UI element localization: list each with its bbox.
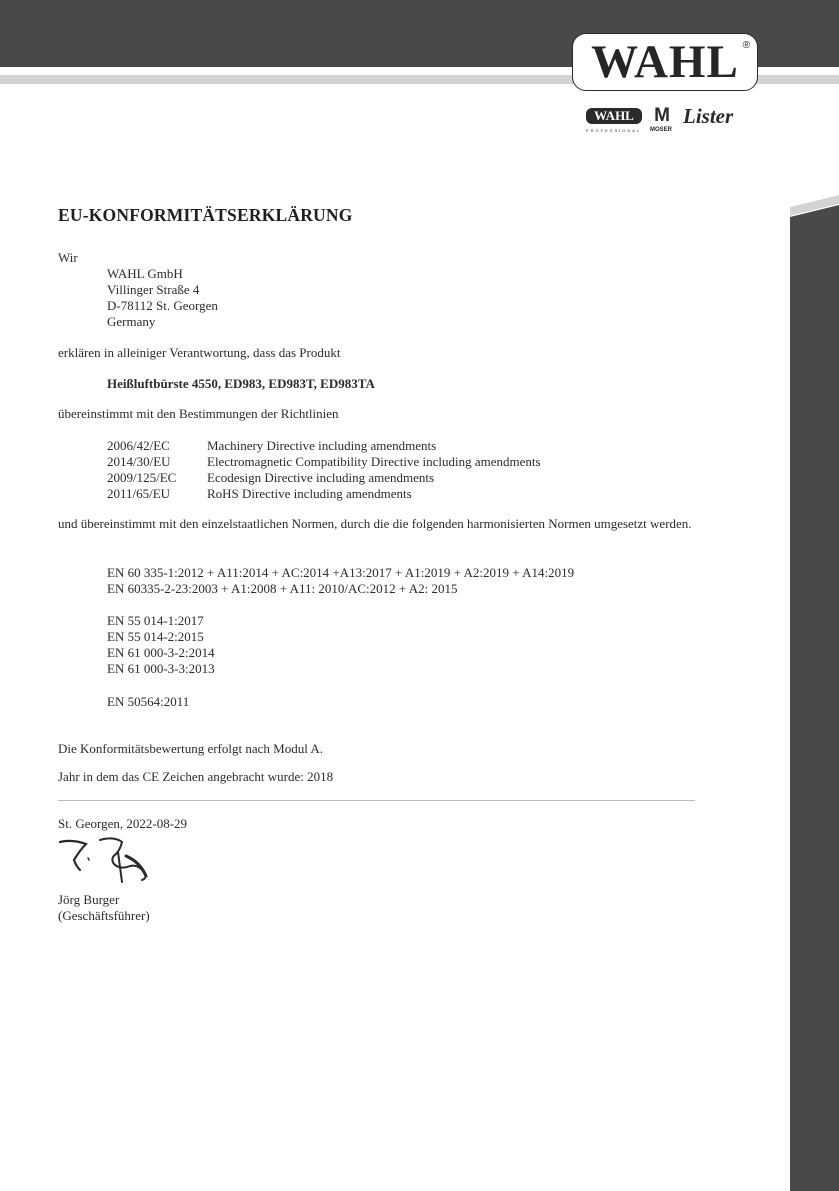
lister-logo: Lister [683,104,733,129]
address-line: WAHL GmbH [107,266,183,282]
directive-name: Ecodesign Directive including amendments [207,470,434,485]
signature-icon [58,836,188,888]
signatory-name: Jörg Burger [58,892,119,908]
directive-row: 2014/30/EUElectromagnetic Compatibility … [107,454,541,470]
directive-row: 2006/42/ECMachinery Directive including … [107,438,436,454]
signatory-role: (Geschäftsführer) [58,908,150,924]
directive-code: 2014/30/EU [107,454,207,470]
address-line: Villinger Straße 4 [107,282,199,298]
directive-row: 2011/65/EURoHS Directive including amend… [107,486,412,502]
directives-intro: übereinstimmt mit den Bestimmungen der R… [58,406,339,422]
divider [58,800,695,801]
directive-name: Electromagnetic Compatibility Directive … [207,454,541,469]
address-line: Germany [107,314,155,330]
moser-logo-text: MOSER [650,127,672,133]
wahl-logo-text: WAHL [573,36,757,88]
directive-code: 2011/65/EU [107,486,207,502]
directive-name: RoHS Directive including amendments [207,486,412,501]
side-tab [790,205,839,1191]
standard-line: EN 55 014-1:2017 [107,613,204,629]
directive-name: Machinery Directive including amendments [207,438,436,453]
wahl-professional-logo: WAHL [586,108,642,124]
standard-line: EN 50564:2011 [107,694,189,710]
document-title: EU-KONFORMITÄTSERKLÄRUNG [58,207,353,223]
standard-line: EN 61 000-3-2:2014 [107,645,215,661]
address-line: D-78112 St. Georgen [107,298,218,314]
directive-code: 2006/42/EC [107,438,207,454]
directive-row: 2009/125/ECEcodesign Directive including… [107,470,434,486]
conformity-assessment: Die Konformitätsbewertung erfolgt nach M… [58,741,323,757]
ce-mark-year: Jahr in dem das CE Zeichen angebracht wu… [58,769,333,785]
moser-logo-icon: M [653,106,671,126]
standard-line: EN 60 335-1:2012 + A11:2014 + AC:2014 +A… [107,565,574,581]
place-date: St. Georgen, 2022-08-29 [58,816,187,832]
professional-caption: PROFESSIONAL [586,128,646,133]
registered-mark: ® [743,40,750,51]
wahl-logo: WAHL ® [572,33,758,91]
intro-text: Wir [58,250,78,266]
standards-intro: und übereinstimmt mit den einzelstaatlic… [58,516,703,532]
standard-line: EN 61 000-3-3:2013 [107,661,215,677]
directive-code: 2009/125/EC [107,470,207,486]
product-name: Heißluftbürste 4550, ED983, ED983T, ED98… [107,376,375,392]
standard-line: EN 60335-2-23:2003 + A1:2008 + A11: 2010… [107,581,458,597]
declaration-text: erklären in alleiniger Verantwortung, da… [58,345,340,361]
standard-line: EN 55 014-2:2015 [107,629,204,645]
